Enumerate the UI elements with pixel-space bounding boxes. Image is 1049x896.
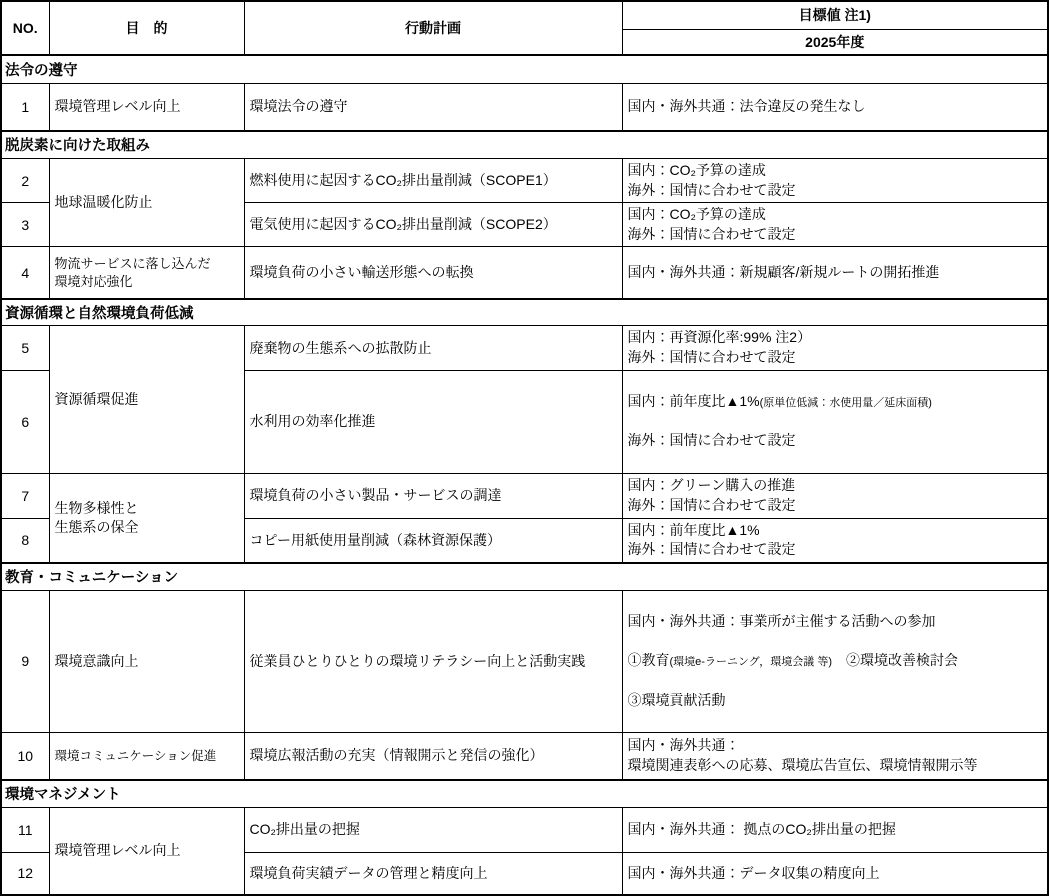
col-header-action: 行動計画 [244,1,622,55]
row-no: 8 [1,518,49,563]
purpose-cell: 生物多様性と 生態系の保全 [49,473,244,563]
action-cell: 燃料使用に起因するCO₂排出量削減（SCOPE1） [244,159,622,203]
col-header-no: NO. [1,1,49,55]
target-cell: 国内・海外共通：新規顧客/新規ルートの開拓推進 [622,247,1048,299]
action-cell: 従業員ひとりひとりの環境リテラシー向上と活動実践 [244,590,622,732]
purpose-cell: 環境管理レベル向上 [49,84,244,131]
action-cell: 環境広報活動の充実（情報開示と発信の強化） [244,732,622,780]
purpose-cell: 資源循環促進 [49,326,244,473]
action-cell: 廃棄物の生態系への拡散防止 [244,326,622,370]
target-cell: 国内：グリーン購入の推進 海外：国情に合わせて設定 [622,473,1048,518]
row-no: 4 [1,247,49,299]
target-line: ③環境貢献活動 [628,691,1043,711]
target-detail-small: (環境e-ラーニング，環境会議 等) [670,656,833,668]
section-title: 教育・コミュニケーション [1,563,1048,590]
target-line: ①教育(環境e-ラーニング，環境会議 等) ②環境改善検討会 [628,651,1043,671]
col-header-target-year: 2025年度 [622,29,1048,55]
section-title: 資源循環と自然環境負荷低減 [1,299,1048,326]
table-row: 4 物流サービスに落し込んだ 環境対応強化 環境負荷の小さい輸送形態への転換 国… [1,247,1048,299]
target-cell: 国内：前年度比▲1% 海外：国情に合わせて設定 [622,518,1048,563]
target-cell: 国内：CO₂予算の達成 海外：国情に合わせて設定 [622,203,1048,247]
target-cell: 国内・海外共通： 拠点のCO₂排出量の把握 [622,807,1048,852]
purpose-cell: 地球温暖化防止 [49,159,244,247]
target-cell: 国内：前年度比▲1%(原単位低減：水使用量／延床面積) 海外：国情に合わせて設定 [622,370,1048,473]
row-no: 2 [1,159,49,203]
table-row: 9 環境意識向上 従業員ひとりひとりの環境リテラシー向上と活動実践 国内・海外共… [1,590,1048,732]
row-no: 12 [1,852,49,895]
action-cell: 電気使用に起因するCO₂排出量削減（SCOPE2） [244,203,622,247]
target-line: 国内：前年度比▲1%(原単位低減：水使用量／延床面積) [628,392,1043,412]
row-no: 10 [1,732,49,780]
target-cell: 国内・海外共通： 環境関連表彰への応募、環境広告宣伝、環境情報開示等 [622,732,1048,780]
action-cell: 環境負荷実績データの管理と精度向上 [244,852,622,895]
purpose-cell: 環境意識向上 [49,590,244,732]
purpose-cell: 物流サービスに落し込んだ 環境対応強化 [49,247,244,299]
action-cell: CO₂排出量の把握 [244,807,622,852]
action-cell: 環境法令の遵守 [244,84,622,131]
action-cell: 環境負荷の小さい輸送形態への転換 [244,247,622,299]
row-no: 5 [1,326,49,370]
table-row: 2 地球温暖化防止 燃料使用に起因するCO₂排出量削減（SCOPE1） 国内：C… [1,159,1048,203]
row-no: 11 [1,807,49,852]
action-cell: コピー用紙使用量削減（森林資源保護） [244,518,622,563]
section-title: 脱炭素に向けた取組み [1,131,1048,159]
section-title: 環境マネジメント [1,780,1048,807]
table-row: 5 資源循環促進 廃棄物の生態系への拡散防止 国内：再資源化率:99% 注2） … [1,326,1048,370]
target-cell: 国内・海外共通：法令違反の発生なし [622,84,1048,131]
col-header-target: 目標値 注1) [622,1,1048,29]
row-no: 6 [1,370,49,473]
table-row: 1 環境管理レベル向上 環境法令の遵守 国内・海外共通：法令違反の発生なし [1,84,1048,131]
table-row: 7 生物多様性と 生態系の保全 環境負荷の小さい製品・サービスの調達 国内：グリ… [1,473,1048,518]
section-title: 法令の遵守 [1,55,1048,84]
row-no: 9 [1,590,49,732]
target-cell: 国内・海外共通：データ収集の精度向上 [622,852,1048,895]
table-row: 11 環境管理レベル向上 CO₂排出量の把握 国内・海外共通： 拠点のCO₂排出… [1,807,1048,852]
row-no: 3 [1,203,49,247]
purpose-cell: 環境コミュニケーション促進 [49,732,244,780]
target-line: 国内・海外共通：事業所が主催する活動への参加 [628,612,1043,632]
target-cell: 国内：再資源化率:99% 注2） 海外：国情に合わせて設定 [622,326,1048,370]
target-cell: 国内・海外共通：事業所が主催する活動への参加 ①教育(環境e-ラーニング，環境会… [622,590,1048,732]
action-cell: 環境負荷の小さい製品・サービスの調達 [244,473,622,518]
target-detail-small: (原単位低減：水使用量／延床面積) [760,397,932,409]
target-line: 海外：国情に合わせて設定 [628,431,1043,451]
row-no: 7 [1,473,49,518]
table-row: 10 環境コミュニケーション促進 環境広報活動の充実（情報開示と発信の強化） 国… [1,732,1048,780]
row-no: 1 [1,84,49,131]
col-header-purpose: 目 的 [49,1,244,55]
environment-action-plan-page: NO. 目 的 行動計画 目標値 注1) 2025年度 法令の遵守 1 環境管理… [0,0,1049,757]
action-cell: 水利用の効率化推進 [244,370,622,473]
purpose-cell: 環境管理レベル向上 [49,807,244,895]
environment-action-plan-table: NO. 目 的 行動計画 目標値 注1) 2025年度 法令の遵守 1 環境管理… [0,0,1049,896]
target-cell: 国内：CO₂予算の達成 海外：国情に合わせて設定 [622,159,1048,203]
